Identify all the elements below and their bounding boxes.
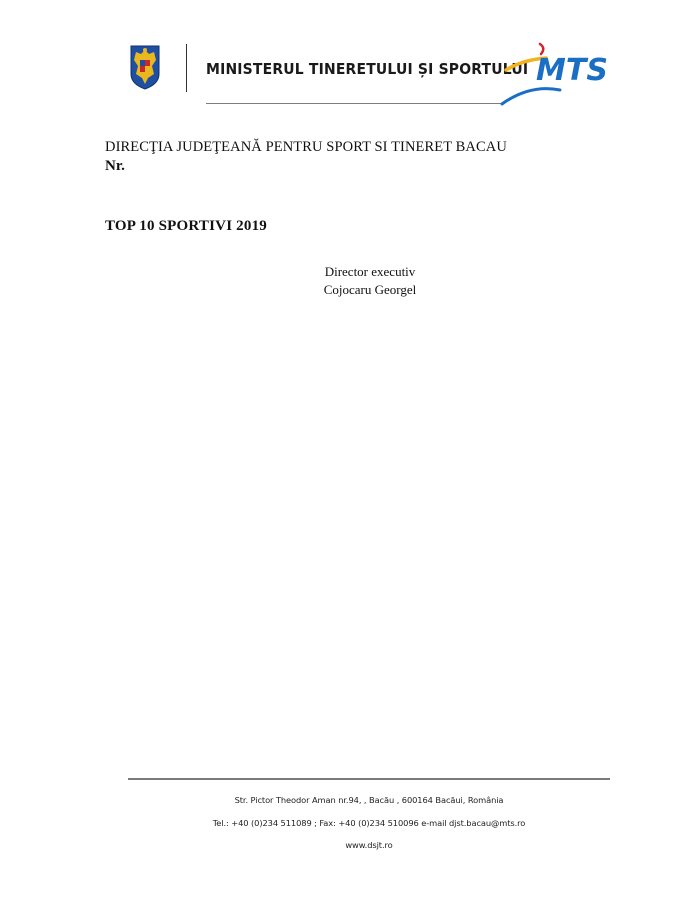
footer-contact: Tel.: +40 (0)234 511089 ; Fax: +40 (0)23… <box>128 818 610 828</box>
footer-address: Str. Pictor Theodor Aman nr.94, , Bacău … <box>128 795 610 805</box>
ministry-name: MINISTERUL TINERETULUI ȘI SPORTULUI <box>206 60 528 78</box>
signatory-name: Cojocaru Georgel <box>300 281 440 299</box>
signatory-role: Director executiv <box>300 263 440 281</box>
header-rule <box>206 103 503 104</box>
romania-coat-of-arms-icon <box>130 44 160 90</box>
header-divider <box>186 44 187 92</box>
letterhead: MINISTERUL TINERETULUI ȘI SPORTULUI MTS <box>0 0 695 115</box>
signature-block: Director executiv Cojocaru Georgel <box>300 263 440 299</box>
document-title: TOP 10 SPORTIVI 2019 <box>105 218 267 235</box>
footer-website: www.dsjt.ro <box>128 840 610 850</box>
svg-text:MTS: MTS <box>536 53 608 88</box>
mts-logo: MTS <box>500 36 620 108</box>
organization-name: DIRECŢIA JUDEŢEANĂ PENTRU SPORT SI TINER… <box>105 139 507 156</box>
footer-rule <box>128 778 610 780</box>
registration-number-label: Nr. <box>105 158 125 175</box>
